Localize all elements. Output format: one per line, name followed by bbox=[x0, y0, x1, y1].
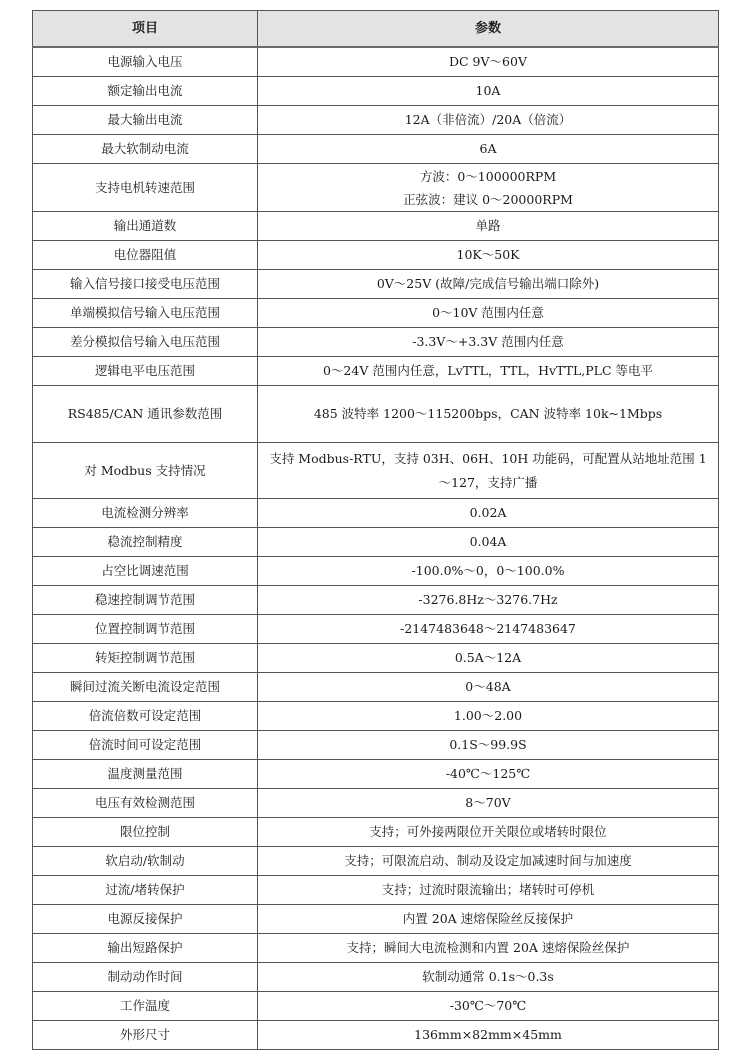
row-item: 支持电机转速范围 bbox=[33, 164, 258, 212]
row-value: 485 波特率 1200～115200bps，CAN 波特率 10k~1Mbps bbox=[258, 386, 719, 443]
row-item: 电压有效检测范围 bbox=[33, 789, 258, 818]
table-row: 对 Modbus 支持情况支持 Modbus-RTU，支持 03H、06H、10… bbox=[33, 443, 719, 499]
row-value: -3276.8Hz～3276.7Hz bbox=[258, 586, 719, 615]
row-item: 单端模拟信号输入电压范围 bbox=[33, 299, 258, 328]
row-item: 温度测量范围 bbox=[33, 760, 258, 789]
row-value: -3.3V～+3.3V 范围内任意 bbox=[258, 328, 719, 357]
row-item: 工作温度 bbox=[33, 992, 258, 1021]
row-item: 制动动作时间 bbox=[33, 963, 258, 992]
row-value: 支持；瞬间大电流检测和内置 20A 速熔保险丝保护 bbox=[258, 934, 719, 963]
row-value: 支持；可限流启动、制动及设定加减速时间与加速度 bbox=[258, 847, 719, 876]
row-value: 10K～50K bbox=[258, 241, 719, 270]
table-row: 过流/堵转保护支持；过流时限流输出；堵转时可停机 bbox=[33, 876, 719, 905]
row-item: 电流检测分辨率 bbox=[33, 499, 258, 528]
table-row: 外形尺寸136mm×82mm×45mm bbox=[33, 1021, 719, 1050]
row-value: 136mm×82mm×45mm bbox=[258, 1021, 719, 1050]
table-row: 电压有效检测范围8～70V bbox=[33, 789, 719, 818]
row-item: 逻辑电平电压范围 bbox=[33, 357, 258, 386]
row-value: 0.04A bbox=[258, 528, 719, 557]
table-row: 限位控制支持；可外接两限位开关限位或堵转时限位 bbox=[33, 818, 719, 847]
row-item: 最大软制动电流 bbox=[33, 135, 258, 164]
row-item: 对 Modbus 支持情况 bbox=[33, 443, 258, 499]
table-row: 输出短路保护支持；瞬间大电流检测和内置 20A 速熔保险丝保护 bbox=[33, 934, 719, 963]
row-item: 软启动/软制动 bbox=[33, 847, 258, 876]
row-item: 外形尺寸 bbox=[33, 1021, 258, 1050]
table-row: 差分模拟信号输入电压范围-3.3V～+3.3V 范围内任意 bbox=[33, 328, 719, 357]
table-header-row: 项目 参数 bbox=[33, 11, 719, 48]
header-item: 项目 bbox=[33, 11, 258, 48]
row-value: -40℃～125℃ bbox=[258, 760, 719, 789]
row-item: 输入信号接口接受电压范围 bbox=[33, 270, 258, 299]
table-row: 倍流时间可设定范围0.1S～99.9S bbox=[33, 731, 719, 760]
row-item: 倍流时间可设定范围 bbox=[33, 731, 258, 760]
table-row: 制动动作时间软制动通常 0.1s～0.3s bbox=[33, 963, 719, 992]
row-value: 方波：0～100000RPM 正弦波：建议 0～20000RPM bbox=[258, 164, 719, 212]
row-item: 电源输入电压 bbox=[33, 47, 258, 77]
table-row: 转矩控制调节范围0.5A～12A bbox=[33, 644, 719, 673]
row-value: 支持；过流时限流输出；堵转时可停机 bbox=[258, 876, 719, 905]
table-row: 占空比调速范围-100.0%～0，0～100.0% bbox=[33, 557, 719, 586]
row-value: 0～10V 范围内任意 bbox=[258, 299, 719, 328]
row-value: 0～24V 范围内任意，LvTTL，TTL，HvTTL,PLC 等电平 bbox=[258, 357, 719, 386]
row-item: 最大输出电流 bbox=[33, 106, 258, 135]
table-row: 最大软制动电流6A bbox=[33, 135, 719, 164]
table-row: 输出通道数单路 bbox=[33, 212, 719, 241]
row-item: 转矩控制调节范围 bbox=[33, 644, 258, 673]
row-item: 稳流控制精度 bbox=[33, 528, 258, 557]
row-value: -100.0%～0，0～100.0% bbox=[258, 557, 719, 586]
table-row: 电源输入电压DC 9V～60V bbox=[33, 47, 719, 77]
table-row: 额定输出电流10A bbox=[33, 77, 719, 106]
row-item: 位置控制调节范围 bbox=[33, 615, 258, 644]
row-value: 支持 Modbus-RTU，支持 03H、06H、10H 功能码，可配置从站地址… bbox=[258, 443, 719, 499]
row-value: 单路 bbox=[258, 212, 719, 241]
row-value: 支持；可外接两限位开关限位或堵转时限位 bbox=[258, 818, 719, 847]
table-row: 输入信号接口接受电压范围0V～25V (故障/完成信号输出端口除外) bbox=[33, 270, 719, 299]
row-item: 限位控制 bbox=[33, 818, 258, 847]
row-value: 6A bbox=[258, 135, 719, 164]
table-row: 最大输出电流12A（非倍流）/20A（倍流） bbox=[33, 106, 719, 135]
row-item: 倍流倍数可设定范围 bbox=[33, 702, 258, 731]
table-row: 电流检测分辨率0.02A bbox=[33, 499, 719, 528]
table-row: 倍流倍数可设定范围1.00～2.00 bbox=[33, 702, 719, 731]
row-item: 瞬间过流关断电流设定范围 bbox=[33, 673, 258, 702]
row-item: 稳速控制调节范围 bbox=[33, 586, 258, 615]
row-value: 内置 20A 速熔保险丝反接保护 bbox=[258, 905, 719, 934]
table-row: 逻辑电平电压范围0～24V 范围内任意，LvTTL，TTL，HvTTL,PLC … bbox=[33, 357, 719, 386]
row-value: DC 9V～60V bbox=[258, 47, 719, 77]
row-value: 0.5A～12A bbox=[258, 644, 719, 673]
row-item: 输出短路保护 bbox=[33, 934, 258, 963]
row-value: 软制动通常 0.1s～0.3s bbox=[258, 963, 719, 992]
row-value-line: 正弦波：建议 0～20000RPM bbox=[266, 188, 710, 211]
row-value: -30℃～70℃ bbox=[258, 992, 719, 1021]
row-value: -2147483648～2147483647 bbox=[258, 615, 719, 644]
row-item: 额定输出电流 bbox=[33, 77, 258, 106]
row-item: RS485/CAN 通讯参数范围 bbox=[33, 386, 258, 443]
row-value: 8～70V bbox=[258, 789, 719, 818]
table-row: 单端模拟信号输入电压范围0～10V 范围内任意 bbox=[33, 299, 719, 328]
row-value: 12A（非倍流）/20A（倍流） bbox=[258, 106, 719, 135]
table-row: 电源反接保护内置 20A 速熔保险丝反接保护 bbox=[33, 905, 719, 934]
row-item: 电源反接保护 bbox=[33, 905, 258, 934]
spec-table: 项目 参数 电源输入电压DC 9V～60V 额定输出电流10A 最大输出电流12… bbox=[32, 10, 719, 1050]
row-item: 占空比调速范围 bbox=[33, 557, 258, 586]
row-value: 1.00～2.00 bbox=[258, 702, 719, 731]
row-value: 0V～25V (故障/完成信号输出端口除外) bbox=[258, 270, 719, 299]
row-item: 输出通道数 bbox=[33, 212, 258, 241]
row-value: 0～48A bbox=[258, 673, 719, 702]
row-value: 0.1S～99.9S bbox=[258, 731, 719, 760]
table-row: 电位器阻值10K～50K bbox=[33, 241, 719, 270]
table-row: 稳流控制精度0.04A bbox=[33, 528, 719, 557]
row-item: 过流/堵转保护 bbox=[33, 876, 258, 905]
row-value: 0.02A bbox=[258, 499, 719, 528]
table-row: 软启动/软制动支持；可限流启动、制动及设定加减速时间与加速度 bbox=[33, 847, 719, 876]
table-row: 工作温度-30℃～70℃ bbox=[33, 992, 719, 1021]
row-item: 电位器阻值 bbox=[33, 241, 258, 270]
row-value: 10A bbox=[258, 77, 719, 106]
row-item: 差分模拟信号输入电压范围 bbox=[33, 328, 258, 357]
table-row: 温度测量范围-40℃～125℃ bbox=[33, 760, 719, 789]
table-row: RS485/CAN 通讯参数范围485 波特率 1200～115200bps，C… bbox=[33, 386, 719, 443]
table-row: 支持电机转速范围 方波：0～100000RPM 正弦波：建议 0～20000RP… bbox=[33, 164, 719, 212]
table-row: 位置控制调节范围-2147483648～2147483647 bbox=[33, 615, 719, 644]
table-row: 瞬间过流关断电流设定范围0～48A bbox=[33, 673, 719, 702]
table-row: 稳速控制调节范围-3276.8Hz～3276.7Hz bbox=[33, 586, 719, 615]
row-value-line: 方波：0～100000RPM bbox=[266, 165, 710, 188]
header-param: 参数 bbox=[258, 11, 719, 48]
